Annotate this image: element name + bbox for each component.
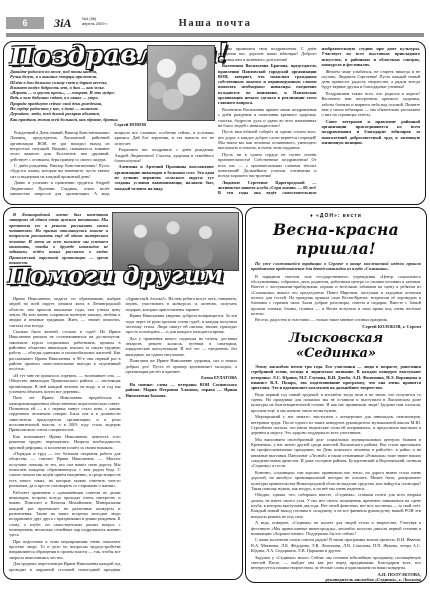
poem-author: Сергей ИОНОВ	[10, 122, 146, 127]
section-title: Наша почта	[6, 18, 424, 29]
paragraph: При подготовке к этим мероприятиям очень…	[9, 539, 121, 560]
paragraph: «Порядок и труд — это большая открытая р…	[9, 451, 121, 488]
paragraph: С нами коллектив почти совсем рядом! В н…	[251, 537, 421, 553]
paragraph: Ирина Николаевна, педагог по образованию…	[9, 296, 121, 328]
sedinka-body: Этому ансамблю почти три года. Его участ…	[251, 364, 421, 571]
paragraph: Совет ветеранов и правление районной орг…	[322, 119, 421, 146]
newspaper-page: 6 ЗіА №4 (96) апрель 2009 г. Наша почта …	[0, 0, 430, 600]
paragraph: Задумок у «Сединки» много. Сейчас мы гот…	[251, 555, 421, 571]
paragraph: Желаем чаще улыбаться, не стареть никогд…	[322, 69, 421, 90]
help-headline: Помоги другим	[8, 261, 224, 290]
page-header: 6 ЗіА №4 (96) апрель 2009 г. Наша почта	[6, 16, 424, 32]
paragraph: Работает правление с одноимённым советом…	[9, 490, 121, 538]
spring-body: В нарядном светлом зале государственного…	[251, 274, 421, 323]
don-kicker: ♦ «ДОН»: вести	[251, 213, 421, 219]
paragraph: Алевтина и Артемий Прознины возглавляют …	[115, 164, 215, 191]
paragraph: Поздравляем также всех, кто родился в ап…	[322, 91, 421, 118]
paragraph: Пусть ни в одном сердце не гаснет огонёк…	[218, 152, 317, 179]
paragraph: Пожелаем же Ирине Николаевне здоровья, с…	[126, 358, 238, 374]
paragraph: Пусть ваш юбилей соберёт за одним столом…	[218, 129, 317, 150]
help-intro: В Ленинградской газете был напечатан мат…	[9, 212, 108, 266]
paragraph: Разрешите вас поздравить с днём рождения…	[115, 147, 215, 163]
paragraph: Пять лет Ирина Николаевна проработала в …	[9, 395, 121, 432]
paragraph: Мероприятий у нас немало: выступаем с ко…	[251, 414, 421, 435]
paragraph: Рожденный в День знаний, Виктор Констант…	[10, 130, 110, 162]
paragraph: Елена БУЛАТОВА	[126, 375, 238, 380]
paragraph: На снимке: слева — ветераны ВОИ Сосновск…	[126, 382, 238, 398]
spring-headline: Весна-красна пришла!	[251, 220, 421, 258]
paragraph: Этому ансамблю почти три года. Его участ…	[251, 364, 421, 391]
paragraph: С днём рождения, Виктор Константинович! …	[10, 163, 110, 179]
paragraph: В нарядном светлом зале государственного…	[251, 274, 421, 317]
paragraph: Обидно, однако, что, собираясь вместе, «…	[251, 492, 421, 519]
spring-intro-text: По уже сложившейся традиции в Сергаче в …	[251, 261, 421, 272]
paragraph: «И тут мне не пришлось горевать, — вспом…	[9, 373, 121, 394]
paragraph: Ирина Николаевна уверена: доброта возвра…	[126, 313, 238, 334]
help-intro-text: В Ленинградской газете был напечатан мат…	[9, 212, 108, 265]
help-others-box: В Ленинградской газете был напечатан мат…	[3, 207, 243, 580]
help-article-columns: Ирина Николаевна, педагог по образованию…	[9, 296, 237, 574]
paragraph: Сколько было жизней, столько и судеб. Но…	[9, 329, 121, 372]
paragraph: А ведь, поверьте, «Сединка» не жалеет дл…	[251, 520, 421, 536]
header-rule	[6, 33, 424, 37]
paragraph: Конечно, «сединцам» там хорошо: принимал…	[251, 470, 421, 491]
paragraph: Весело, радостно и счастливо — только та…	[251, 317, 421, 322]
congrats-left-columns: Рожденный в День знаний, Виктор Констант…	[10, 130, 214, 200]
congrats-poem: Давайте родимся по весне, под звоны капе…	[10, 69, 146, 122]
sedinka-signature-role: руководитель ансамбля «Сединка», г. Лыск…	[251, 577, 421, 582]
spring-intro: По уже сложившейся традиции в Сергаче в …	[251, 261, 421, 272]
paragraph: Валентина Васильевна примет наши поздрав…	[218, 107, 317, 128]
sedinka-headline: Лысковская «Сединка»	[251, 331, 421, 361]
paragraph: Валентина Васильевна Брагина, председате…	[218, 63, 317, 106]
spring-signature: Сергей КОЛОБОВ, г. Сергач	[251, 324, 421, 329]
don-news-box: ♦ «ДОН»: вести Весна-красна пришла! По у…	[245, 207, 427, 583]
paragraph: …мы проявляем свои поздравления. С днём …	[218, 46, 317, 62]
congrats-right-columns: …мы проявляем свои поздравления. С днём …	[218, 46, 420, 199]
paragraph: Мы выполняем своеобразный долг социальны…	[251, 437, 421, 469]
paragraph: Как вспоминает Ирина Николаевна, ценност…	[9, 434, 121, 450]
paragraph: Ведь первый год самый трудный: в ансамбл…	[251, 392, 421, 413]
congrats-box: Поздравляем! Давайте родимся по весне, п…	[3, 41, 426, 205]
paragraph: Дел у правления много: подписка на газет…	[126, 336, 238, 357]
flowers-photo	[147, 45, 215, 121]
